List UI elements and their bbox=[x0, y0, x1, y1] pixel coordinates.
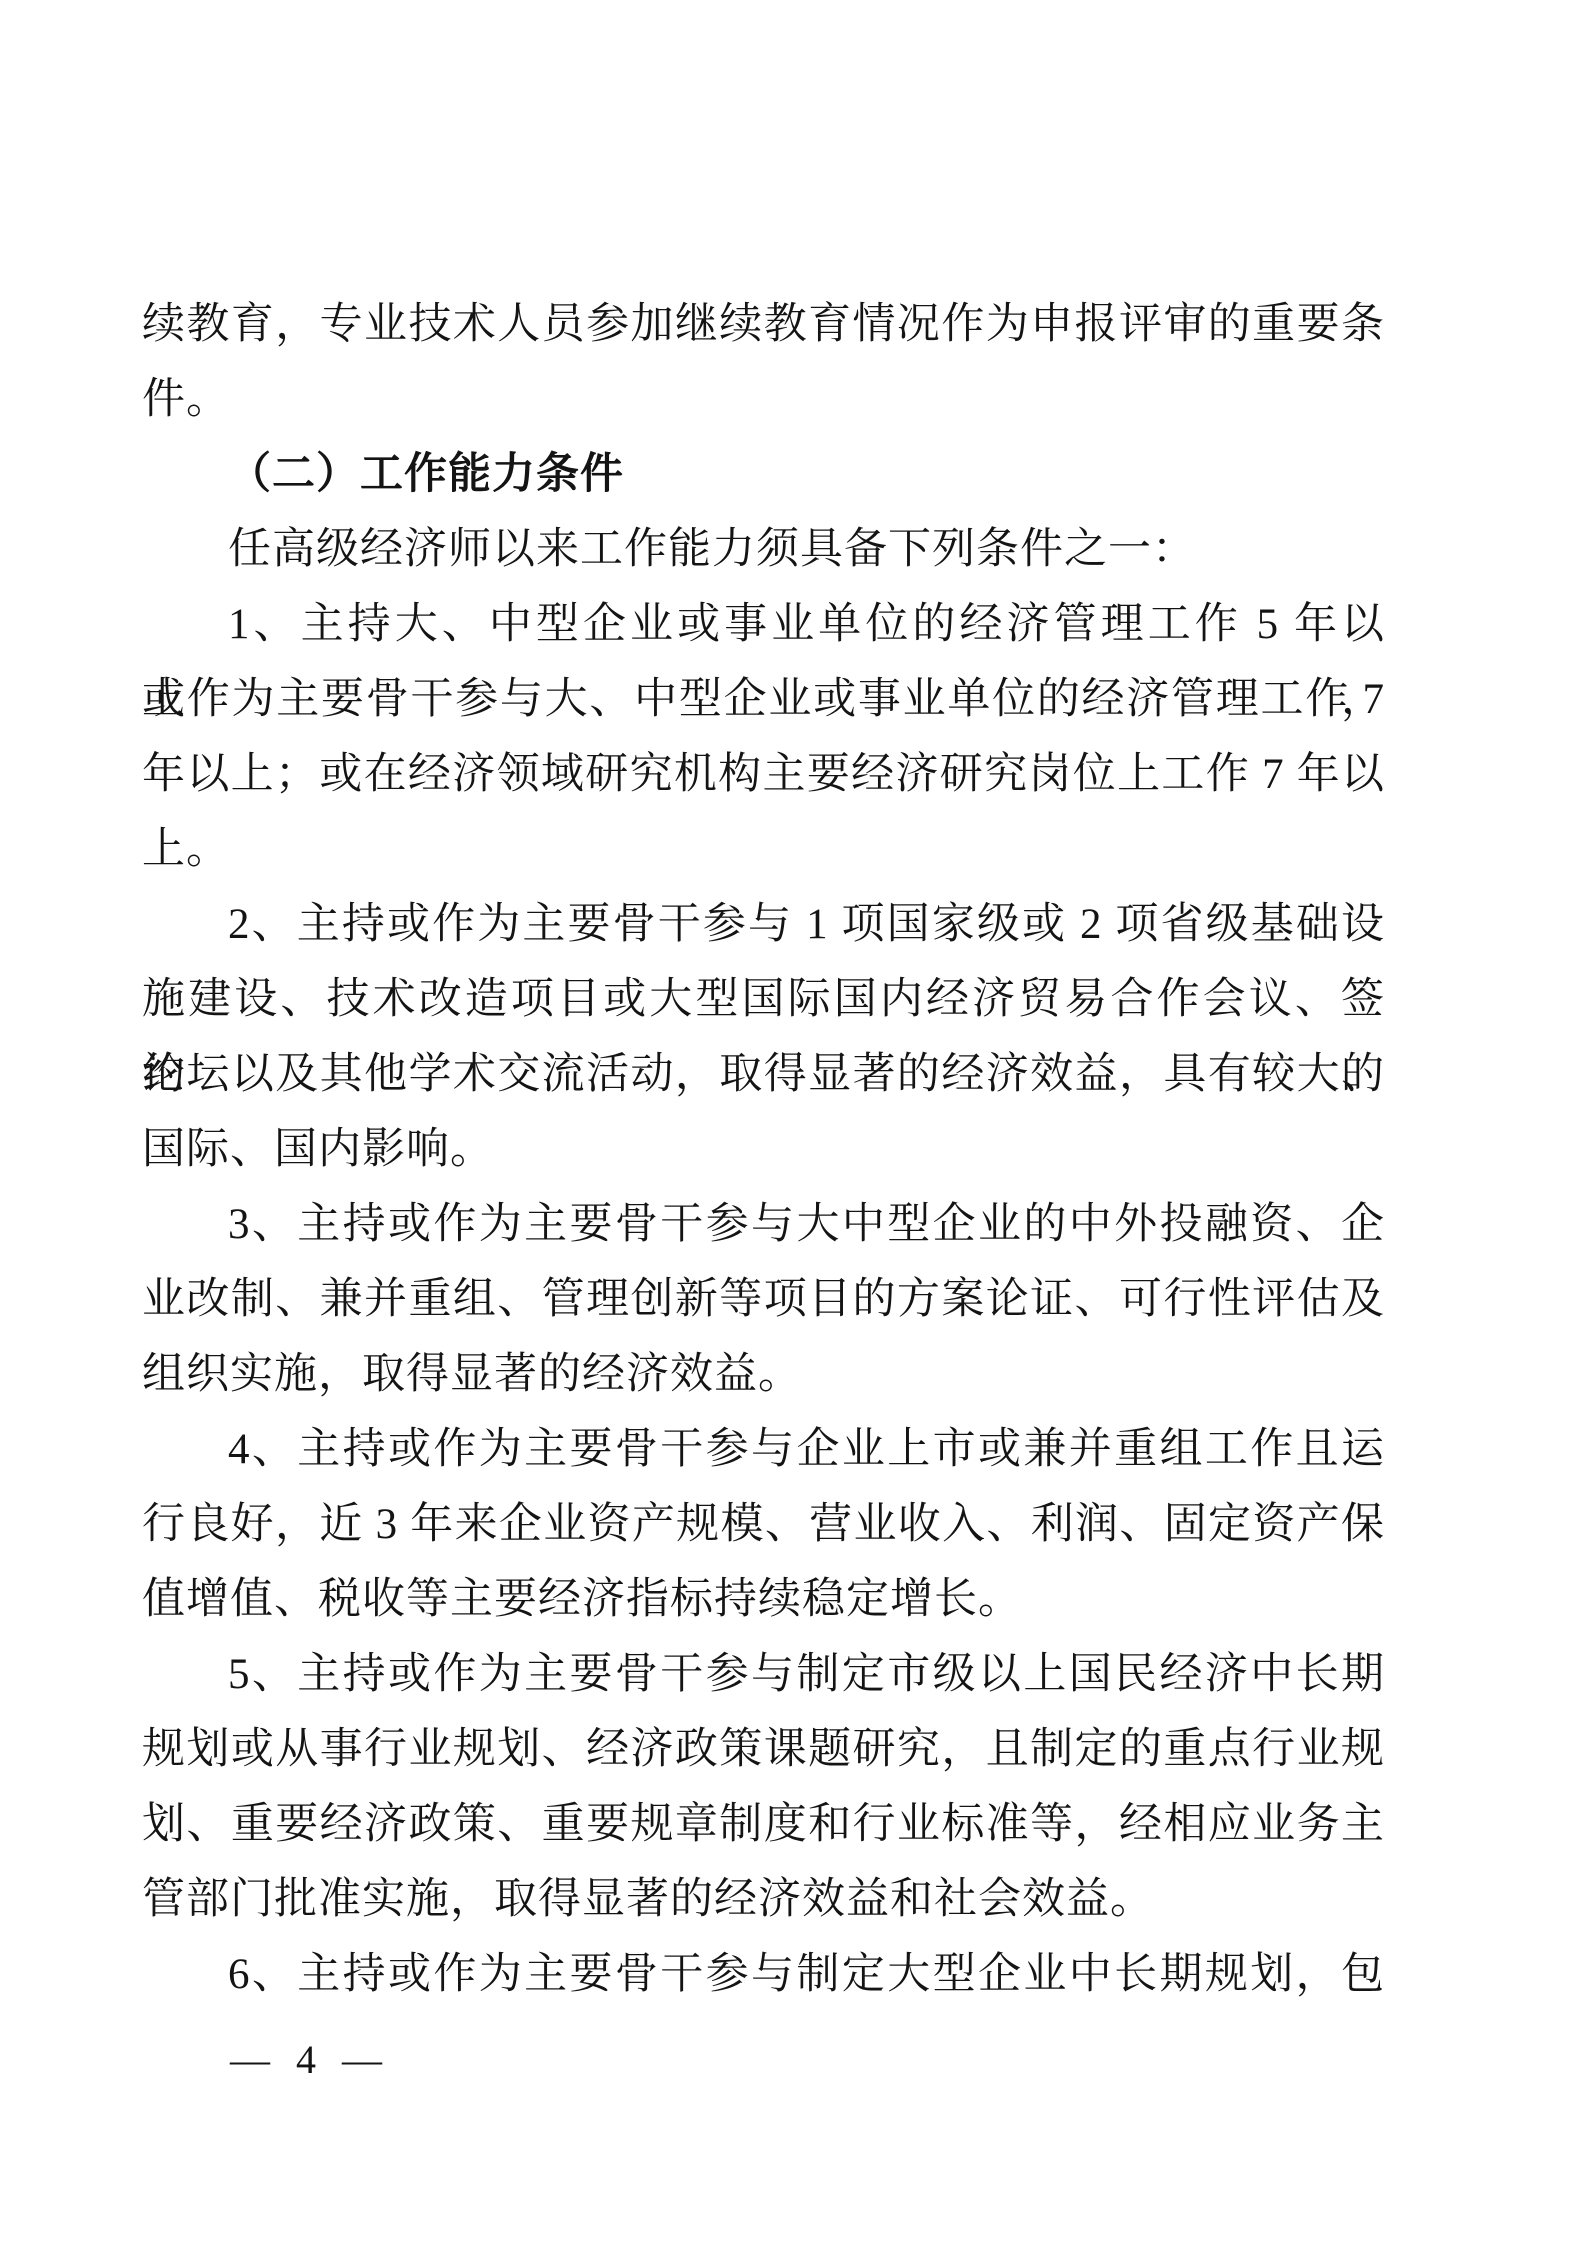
body-line: 组织实施，取得显著的经济效益。 bbox=[142, 1337, 1385, 1412]
body-line: 件。 bbox=[142, 362, 1385, 437]
body-line: 论坛以及其他学术交流活动，取得显著的经济效益，具有较大的 bbox=[142, 1037, 1385, 1112]
body-line: 管部门批准实施，取得显著的经济效益和社会效益。 bbox=[142, 1862, 1385, 1937]
body-line: 4、主持或作为主要骨干参与企业上市或兼并重组工作且运 bbox=[142, 1412, 1385, 1487]
body-line: 或作为主要骨干参与大、中型企业或事业单位的经济管理工作 7 bbox=[142, 662, 1385, 737]
body-line: 划、重要经济政策、重要规章制度和行业标准等，经相应业务主 bbox=[142, 1787, 1385, 1862]
body-line: 业改制、兼并重组、管理创新等项目的方案论证、可行性评估及 bbox=[142, 1262, 1385, 1337]
page-number: — 4 — bbox=[230, 2038, 390, 2082]
body-line: 施建设、技术改造项目或大型国际国内经济贸易合作会议、签约、 bbox=[142, 962, 1385, 1037]
body-line: 2、主持或作为主要骨干参与 1 项国家级或 2 项省级基础设 bbox=[142, 887, 1385, 962]
body-line: 续教育，专业技术人员参加继续教育情况作为申报评审的重要条 bbox=[142, 287, 1385, 362]
body-line: 国际、国内影响。 bbox=[142, 1112, 1385, 1187]
body-line: 6、主持或作为主要骨干参与制定大型企业中长期规划，包 bbox=[142, 1937, 1385, 2012]
body-line: 上。 bbox=[142, 812, 1385, 887]
body-line: 3、主持或作为主要骨干参与大中型企业的中外投融资、企 bbox=[142, 1187, 1385, 1262]
body-line: 年以上；或在经济领域研究机构主要经济研究岗位上工作 7 年以 bbox=[142, 737, 1385, 812]
document-page: 续教育，专业技术人员参加继续教育情况作为申报评审的重要条 件。 （二）工作能力条… bbox=[0, 0, 1587, 2245]
body-line: 行良好，近 3 年来企业资产规模、营业收入、利润、固定资产保 bbox=[142, 1487, 1385, 1562]
body-line: 规划或从事行业规划、经济政策课题研究，且制定的重点行业规 bbox=[142, 1712, 1385, 1787]
body-line: 任高级经济师以来工作能力须具备下列条件之一： bbox=[142, 512, 1385, 587]
body-line: 值增值、税收等主要经济指标持续稳定增长。 bbox=[142, 1562, 1385, 1637]
body-line: 1、主持大、中型企业或事业单位的经济管理工作 5 年以上， bbox=[142, 587, 1385, 662]
section-heading: （二）工作能力条件 bbox=[142, 437, 1385, 512]
body-line: 5、主持或作为主要骨干参与制定市级以上国民经济中长期 bbox=[142, 1637, 1385, 1712]
document-body: 续教育，专业技术人员参加继续教育情况作为申报评审的重要条 件。 （二）工作能力条… bbox=[142, 287, 1385, 2012]
